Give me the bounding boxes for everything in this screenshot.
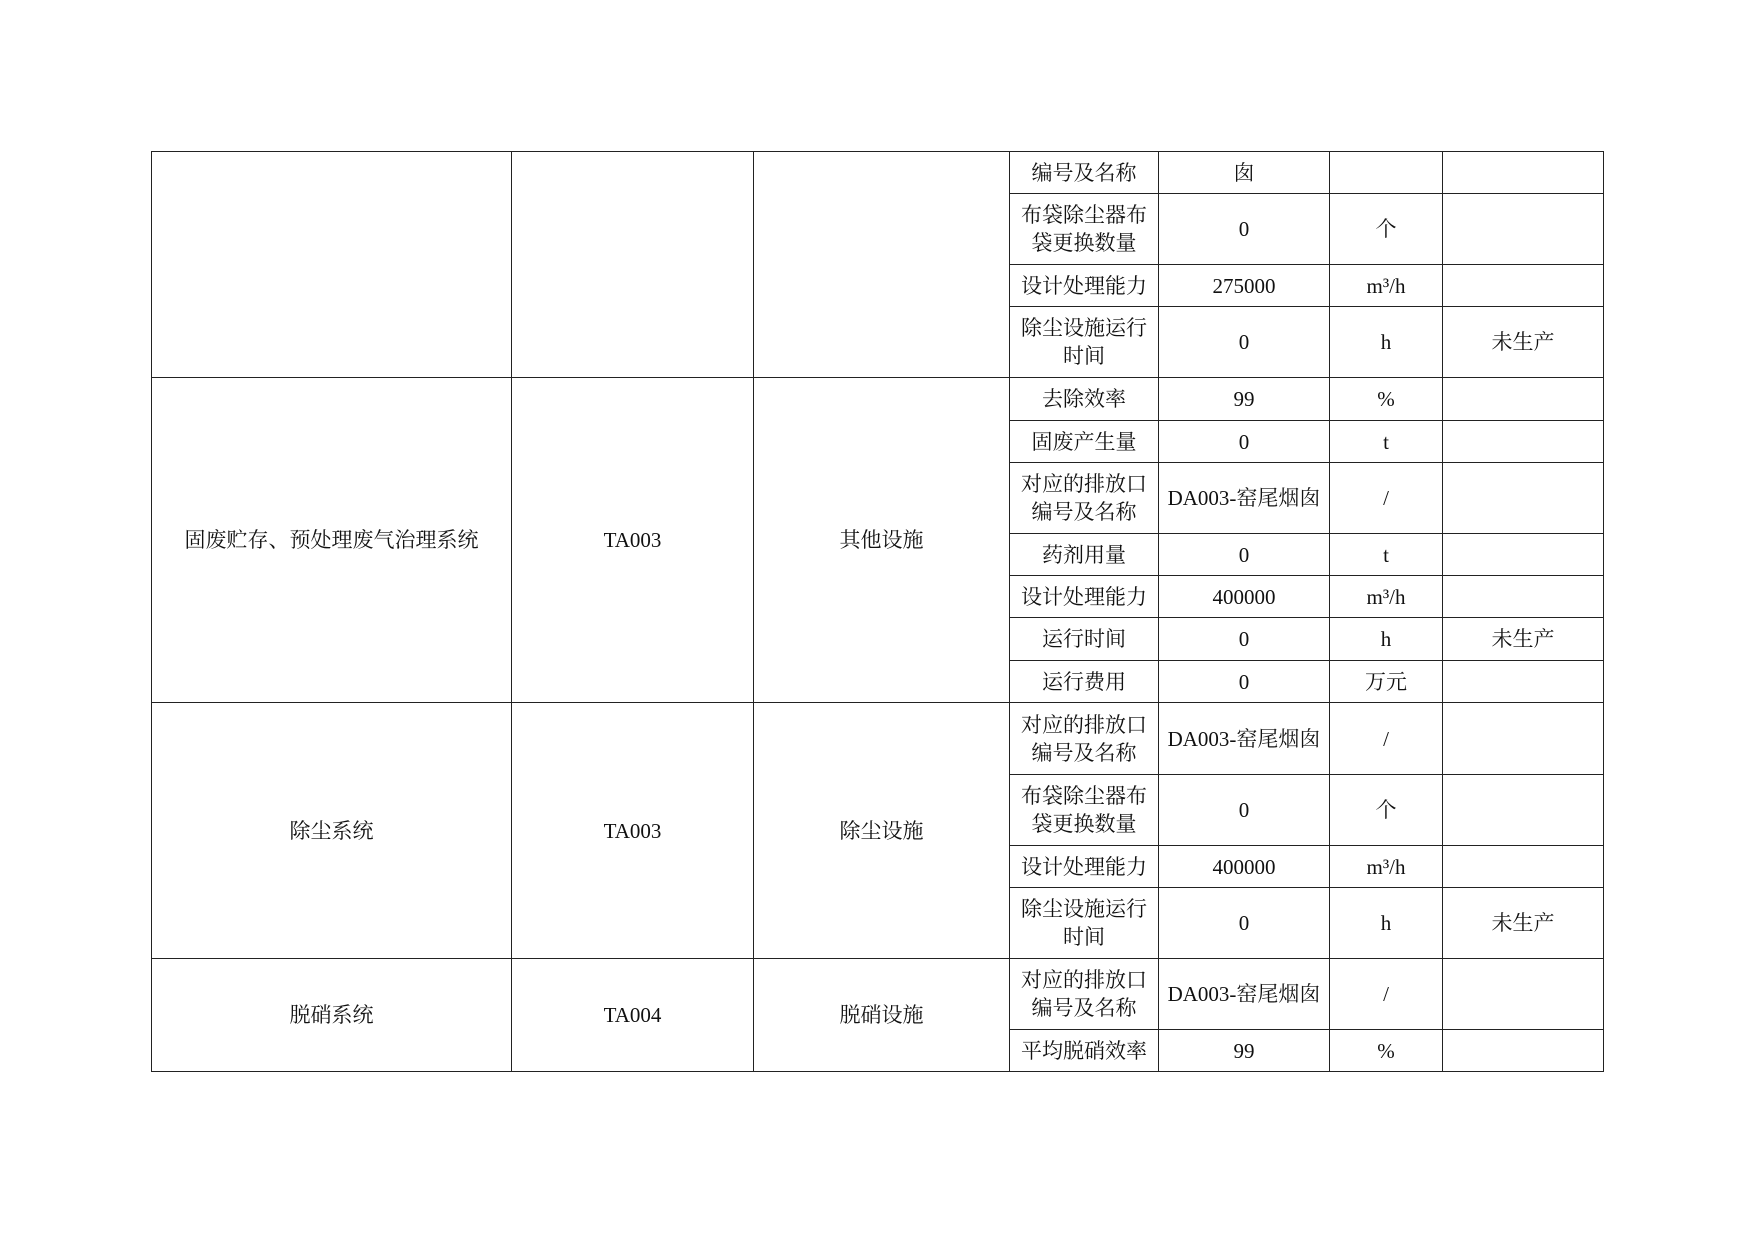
- facility-parameter-table: 编号及名称 囱 布袋除尘器布袋更换数量 0 个 设计处理能力 275000 m³…: [151, 151, 1604, 1072]
- facility-type-cell: 其他设施: [754, 378, 1010, 703]
- item-cell: 设计处理能力: [1010, 846, 1159, 888]
- value-cell: 0: [1159, 421, 1330, 463]
- item-cell: 设计处理能力: [1010, 265, 1159, 307]
- unit-cell: h: [1330, 888, 1443, 959]
- unit-cell: /: [1330, 959, 1443, 1030]
- value-cell: 400000: [1159, 846, 1330, 888]
- value-cell: DA003-窑尾烟囱: [1159, 959, 1330, 1030]
- note-cell: 未生产: [1443, 888, 1604, 959]
- note-cell: 未生产: [1443, 618, 1604, 661]
- value-cell: 0: [1159, 775, 1330, 846]
- unit-cell: m³/h: [1330, 265, 1443, 307]
- unit-cell: h: [1330, 618, 1443, 661]
- note-cell: [1443, 775, 1604, 846]
- unit-cell: 个: [1330, 775, 1443, 846]
- value-cell: 275000: [1159, 265, 1330, 307]
- note-cell: [1443, 152, 1604, 194]
- unit-cell: t: [1330, 421, 1443, 463]
- note-cell: [1443, 378, 1604, 421]
- system-name-cell: [152, 152, 512, 378]
- item-cell: 对应的排放口编号及名称: [1010, 959, 1159, 1030]
- item-cell: 除尘设施运行时间: [1010, 307, 1159, 378]
- item-cell: 运行时间: [1010, 618, 1159, 661]
- facility-code-cell: TA004: [512, 959, 754, 1072]
- note-cell: [1443, 194, 1604, 265]
- system-name-cell: 固废贮存、预处理废气治理系统: [152, 378, 512, 703]
- item-cell: 编号及名称: [1010, 152, 1159, 194]
- note-cell: [1443, 1030, 1604, 1072]
- unit-cell: m³/h: [1330, 846, 1443, 888]
- value-cell: 400000: [1159, 576, 1330, 618]
- unit-cell: /: [1330, 703, 1443, 775]
- facility-type-cell: 脱硝设施: [754, 959, 1010, 1072]
- item-cell: 布袋除尘器布袋更换数量: [1010, 194, 1159, 265]
- value-cell: 0: [1159, 534, 1330, 576]
- value-cell: DA003-窑尾烟囱: [1159, 703, 1330, 775]
- unit-cell: h: [1330, 307, 1443, 378]
- item-cell: 对应的排放口编号及名称: [1010, 703, 1159, 775]
- table-row: 除尘系统 TA003 除尘设施 对应的排放口编号及名称 DA003-窑尾烟囱 /: [152, 703, 1604, 775]
- unit-cell: %: [1330, 1030, 1443, 1072]
- note-cell: [1443, 661, 1604, 703]
- value-cell: 囱: [1159, 152, 1330, 194]
- note-cell: [1443, 959, 1604, 1030]
- table-row: 编号及名称 囱: [152, 152, 1604, 194]
- value-cell: 99: [1159, 378, 1330, 421]
- note-cell: [1443, 463, 1604, 534]
- item-cell: 平均脱硝效率: [1010, 1030, 1159, 1072]
- unit-cell: /: [1330, 463, 1443, 534]
- note-cell: [1443, 846, 1604, 888]
- value-cell: 99: [1159, 1030, 1330, 1072]
- facility-code-cell: [512, 152, 754, 378]
- item-cell: 固废产生量: [1010, 421, 1159, 463]
- unit-cell: t: [1330, 534, 1443, 576]
- value-cell: DA003-窑尾烟囱: [1159, 463, 1330, 534]
- note-cell: [1443, 703, 1604, 775]
- item-cell: 设计处理能力: [1010, 576, 1159, 618]
- unit-cell: [1330, 152, 1443, 194]
- facility-type-cell: 除尘设施: [754, 703, 1010, 959]
- unit-cell: 万元: [1330, 661, 1443, 703]
- value-cell: 0: [1159, 194, 1330, 265]
- table-row: 脱硝系统 TA004 脱硝设施 对应的排放口编号及名称 DA003-窑尾烟囱 /: [152, 959, 1604, 1030]
- item-cell: 药剂用量: [1010, 534, 1159, 576]
- item-cell: 去除效率: [1010, 378, 1159, 421]
- note-cell: [1443, 265, 1604, 307]
- note-cell: [1443, 576, 1604, 618]
- unit-cell: %: [1330, 378, 1443, 421]
- item-cell: 对应的排放口编号及名称: [1010, 463, 1159, 534]
- note-cell: [1443, 534, 1604, 576]
- facility-code-cell: TA003: [512, 378, 754, 703]
- value-cell: 0: [1159, 888, 1330, 959]
- item-cell: 布袋除尘器布袋更换数量: [1010, 775, 1159, 846]
- table-row: 固废贮存、预处理废气治理系统 TA003 其他设施 去除效率 99 %: [152, 378, 1604, 421]
- item-cell: 除尘设施运行时间: [1010, 888, 1159, 959]
- note-cell: 未生产: [1443, 307, 1604, 378]
- unit-cell: m³/h: [1330, 576, 1443, 618]
- unit-cell: 个: [1330, 194, 1443, 265]
- note-cell: [1443, 421, 1604, 463]
- system-name-cell: 除尘系统: [152, 703, 512, 959]
- facility-type-cell: [754, 152, 1010, 378]
- system-name-cell: 脱硝系统: [152, 959, 512, 1072]
- value-cell: 0: [1159, 618, 1330, 661]
- item-cell: 运行费用: [1010, 661, 1159, 703]
- value-cell: 0: [1159, 661, 1330, 703]
- value-cell: 0: [1159, 307, 1330, 378]
- facility-code-cell: TA003: [512, 703, 754, 959]
